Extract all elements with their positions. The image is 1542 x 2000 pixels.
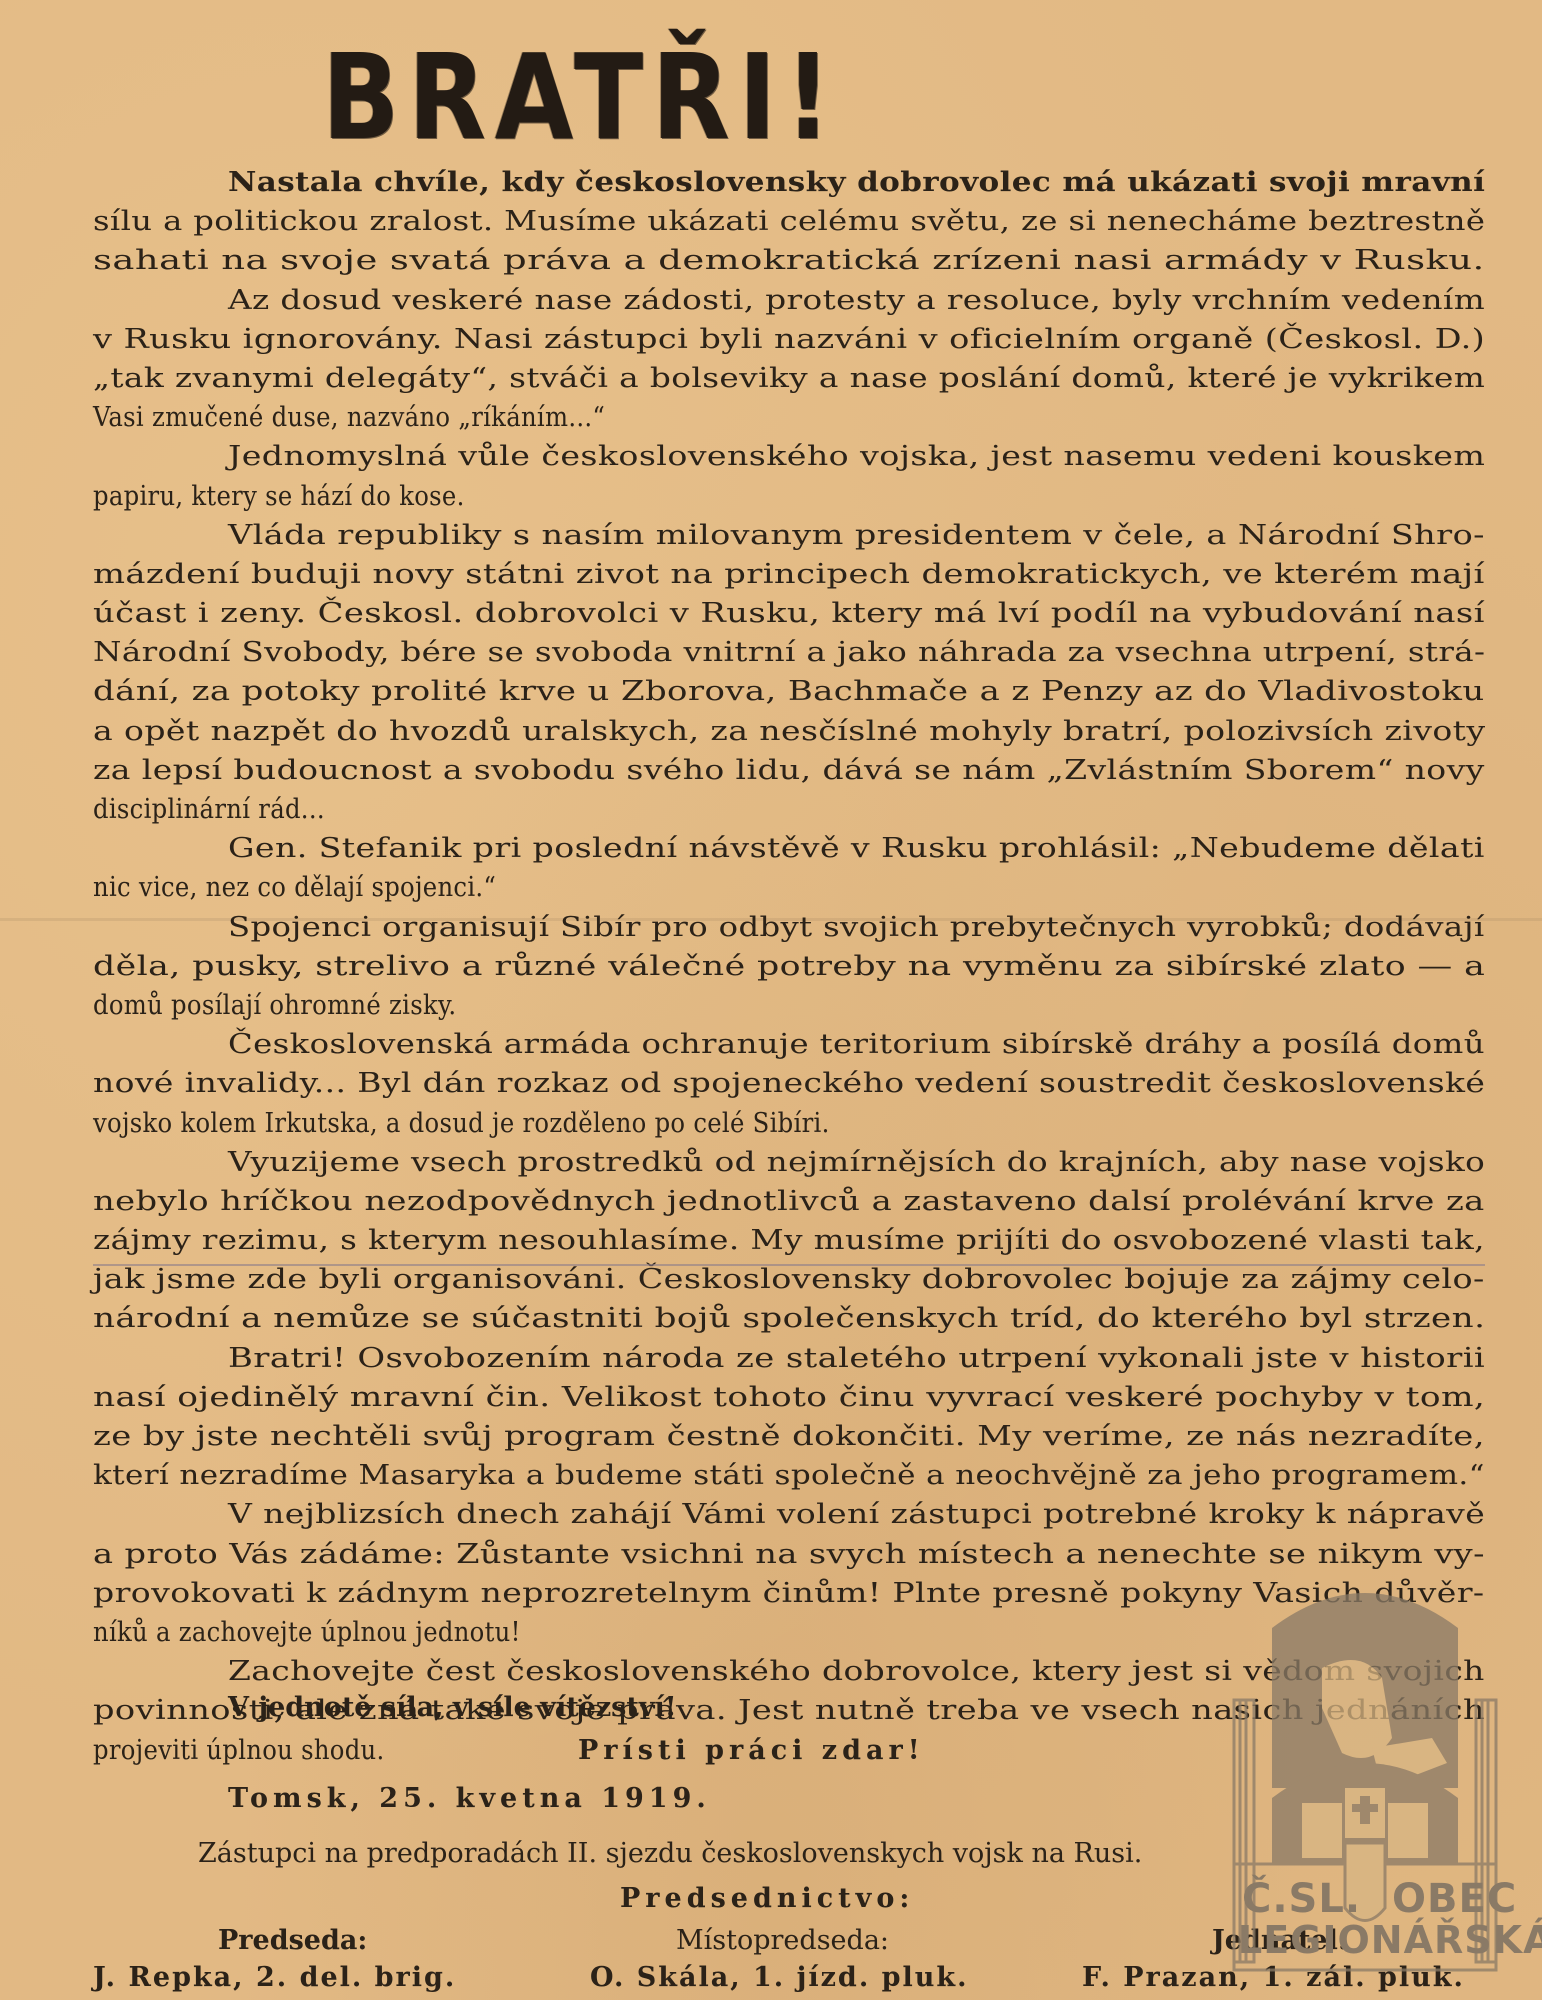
legionnaire-emblem-icon: Č.SL. OBEC LEGIONÁŘSKÁ xyxy=(1232,1588,1498,1974)
text-line: Vláda republiky s nasím milovanym presid… xyxy=(93,516,1485,555)
proclamation-body: Nastala chvíle, kdy československy dobro… xyxy=(93,163,1485,1770)
text-line: Vyuzijeme vsech prostredků od nejmírnějs… xyxy=(93,1143,1485,1182)
text-line: nasí ojedinělý mravní čin. Velikost toho… xyxy=(93,1378,1485,1417)
text-line: účast i zeny. Českosl. dobrovolci v Rusk… xyxy=(93,594,1485,633)
text-line: Bratri! Osvobozením národa ze staletého … xyxy=(93,1339,1485,1378)
text-line-underlined: jak jsme zde byli organisováni. Českoslo… xyxy=(93,1260,1485,1299)
emblem-text-legionarska: LEGIONÁŘSKÁ xyxy=(1238,1918,1542,1962)
signatories-heading: Zástupci na predporadách II. sjezdu česk… xyxy=(198,1838,1142,1869)
text-line: vojsko kolem Irkutska, a dosud je rozděl… xyxy=(93,1104,1485,1143)
role-name-vice-chair: O. Skála, 1. jízd. pluk. xyxy=(590,1962,969,1993)
text-line: Az dosud veskeré nase zádosti, protesty … xyxy=(93,281,1485,320)
text-line: a opět nazpět do hvozdů uralskych, za ne… xyxy=(93,712,1485,751)
text-line: V nejblizsích dnech zahájí Vámi volení z… xyxy=(93,1495,1485,1534)
text-line: a proto Vás zádáme: Zůstante vsichni na … xyxy=(93,1535,1485,1574)
emblem-text-csl: Č.SL. xyxy=(1242,1876,1361,1922)
text-line: Nastala chvíle, kdy československy dobro… xyxy=(93,163,1485,202)
text-line: papiru, ktery se hází do kose. xyxy=(93,477,1485,516)
text-line: kterí nezradíme Masaryka a budeme státi … xyxy=(93,1456,1485,1495)
text-line: Vasi zmučené duse, nazváno „ríkáním...“ xyxy=(93,398,1485,437)
text-line-underlined: národní a nemůze se súčastniti bojů spol… xyxy=(93,1299,1485,1338)
presidium-heading: Predsednictvo: xyxy=(620,1883,914,1914)
role-title-chair: Predseda: xyxy=(218,1925,367,1956)
text-line: nebylo hríčkou nezodpovědnych jednotlivc… xyxy=(93,1182,1485,1221)
closing-wish: Prísti práci zdar! xyxy=(578,1735,925,1766)
text-line: Národní Svobody, bére se svoboda vnitrní… xyxy=(93,633,1485,672)
emblem-text-obec: OBEC xyxy=(1392,1876,1517,1922)
text-line: „tak zvanymi delegáty“, stváči a bolsevi… xyxy=(93,359,1485,398)
text-line: nic vice, nez co dělají spojenci.“ xyxy=(93,868,1485,907)
text-line: Spojenci organisují Sibír pro odbyt svoj… xyxy=(93,908,1485,947)
page-title: BRATŘI! xyxy=(322,38,840,156)
text-line: sahati na svoje svatá práva a demokratic… xyxy=(93,241,1485,280)
text-line: dání, za potoky prolité krve u Zborova, … xyxy=(93,672,1485,711)
text-line: disciplinární rád... xyxy=(93,790,1485,829)
text-line: sílu a politickou zralost. Musíme ukázat… xyxy=(93,202,1485,241)
text-line: ze by jste nechtěli svůj program čestně … xyxy=(93,1417,1485,1456)
text-line: Československá armáda ochranuje teritori… xyxy=(93,1025,1485,1064)
text-line: domů posílají ohromné zisky. xyxy=(93,986,1485,1025)
poster-page: BRATŘI! Nastala chvíle, kdy českoslovens… xyxy=(0,0,1542,2000)
pencil-underline xyxy=(93,1264,1485,1266)
text-line: Jednomyslná vůle československého vojska… xyxy=(93,437,1485,476)
closing-motto: V jednotě síla, v síle vítězství! xyxy=(228,1692,677,1723)
text-line: za lepsí budoucnost a svobodu svého lidu… xyxy=(93,751,1485,790)
text-line: nové invalidy... Byl dán rozkaz od spoje… xyxy=(93,1064,1485,1103)
text-line: v Rusku ignorovány. Nasi zástupci byli n… xyxy=(93,320,1485,359)
text-line: děla, pusky, strelivo a různé válečné po… xyxy=(93,947,1485,986)
role-title-vice-chair: Místopredseda: xyxy=(676,1925,889,1956)
text-line: Gen. Stefanik pri poslední návstěvě v Ru… xyxy=(93,829,1485,868)
role-name-chair: J. Repka, 2. del. brig. xyxy=(93,1962,456,1993)
text-line: mázdení buduji novy státni zivot na prin… xyxy=(93,555,1485,594)
place-date: Tomsk, 25. kvetna 1919. xyxy=(228,1783,711,1814)
text-line: zájmy rezimu, s kterym nesouhlasíme. My … xyxy=(93,1221,1485,1260)
